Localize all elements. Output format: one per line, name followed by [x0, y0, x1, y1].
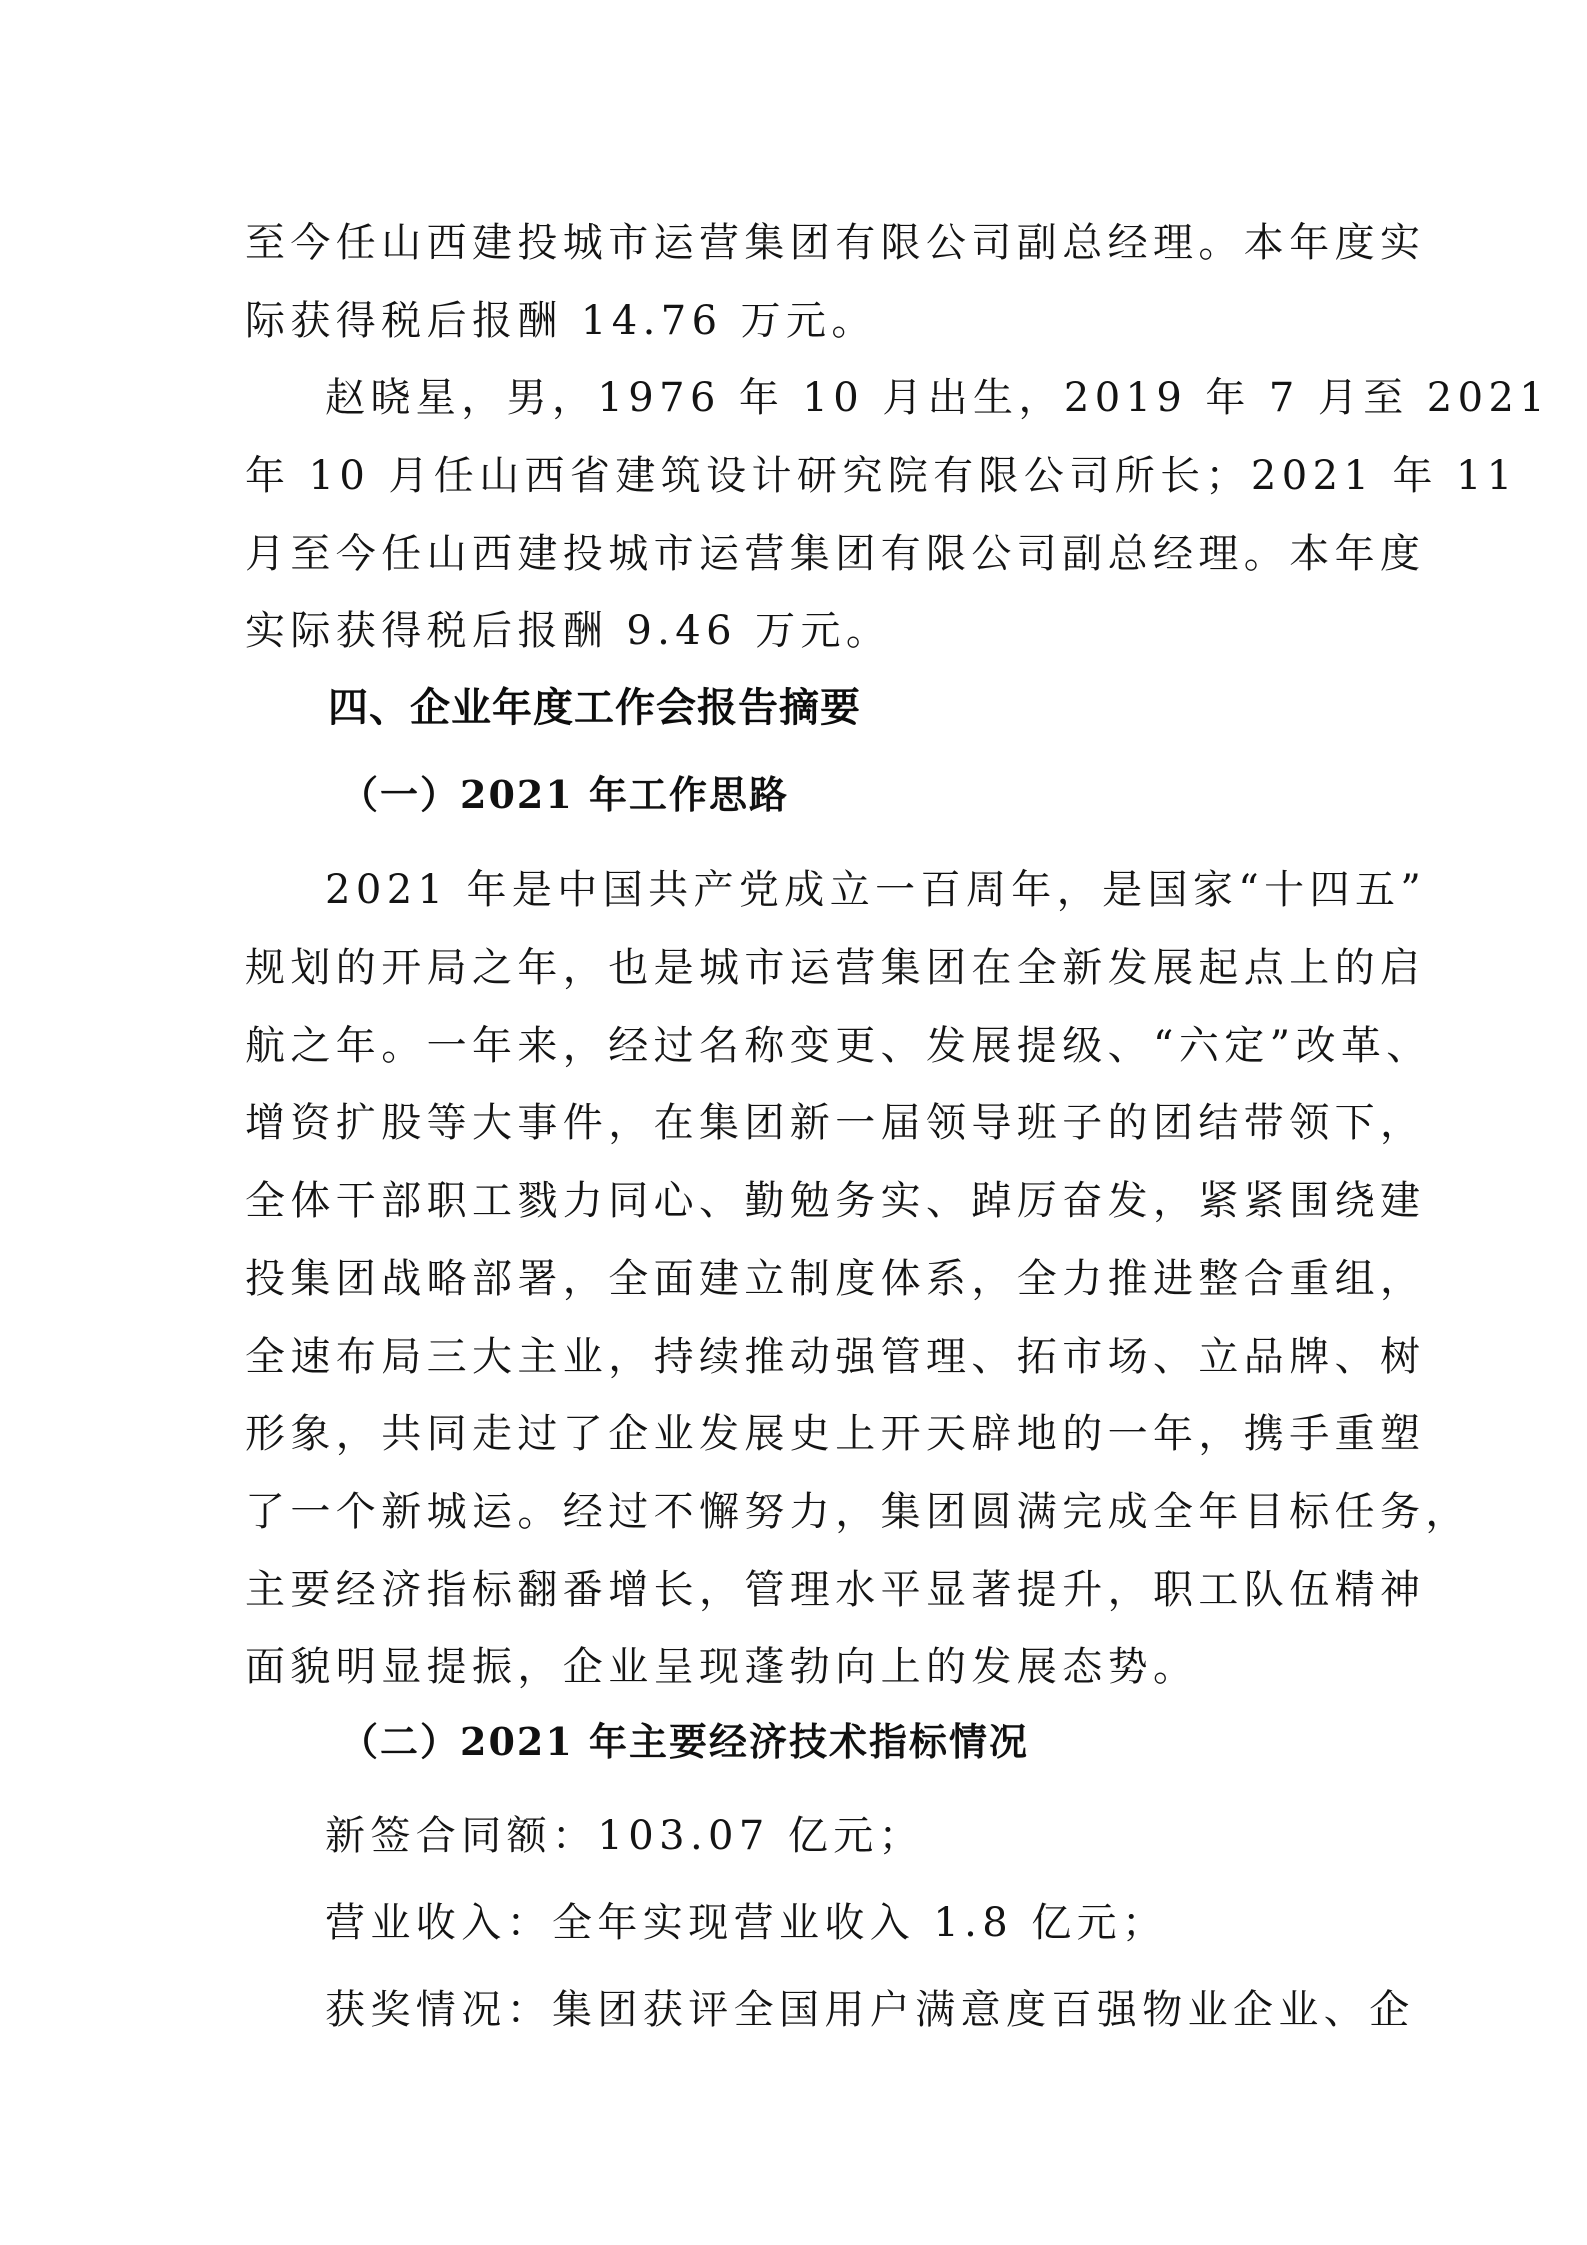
text-line: 月至今任山西建投城市运营集团有限公司副总经理。本年度	[245, 530, 1355, 578]
text-line: 增资扩股等大事件，在集团新一届领导班子的团结带领下，	[245, 1099, 1355, 1147]
subsection-heading: （二）2021 年主要经济技术指标情况	[340, 1718, 1029, 1766]
text-line: 投集团战略部署，全面建立制度体系，全力推进整合重组，	[245, 1255, 1355, 1303]
text-line: 全速布局三大主业，持续推动强管理、拓市场、立品牌、树	[245, 1333, 1355, 1381]
indicator-revenue: 营业收入：全年实现营业收入 1.8 亿元；	[325, 1899, 1355, 1947]
document-page: 至今任山西建投城市运营集团有限公司副总经理。本年度实 际获得税后报酬 14.76…	[0, 0, 1587, 2245]
text-line: 形象，共同走过了企业发展史上开天辟地的一年，携手重塑	[245, 1410, 1355, 1458]
text-line: 赵晓星，男，1976 年 10 月出生，2019 年 7 月至 2021	[325, 374, 1355, 422]
text-line: 年 10 月任山西省建筑设计研究院有限公司所长；2021 年 11	[245, 452, 1355, 500]
section-heading: 四、企业年度工作会报告摘要	[328, 684, 861, 732]
text-line: 实际获得税后报酬 9.46 万元。	[245, 607, 1355, 655]
indicator-new-contracts: 新签合同额：103.07 亿元；	[325, 1812, 1355, 1860]
text-line: 主要经济指标翻番增长，管理水平显著提升，职工队伍精神	[245, 1566, 1355, 1614]
text-line: 航之年。一年来，经过名称变更、发展提级、“六定”改革、	[245, 1022, 1355, 1070]
text-line: 了一个新城运。经过不懈努力，集团圆满完成全年目标任务，	[245, 1488, 1355, 1536]
text-line: 2021 年是中国共产党成立一百周年，是国家“十四五”	[325, 866, 1355, 914]
text-line: 至今任山西建投城市运营集团有限公司副总经理。本年度实	[245, 219, 1355, 267]
subsection-heading: （一）2021 年工作思路	[340, 771, 789, 819]
text-line: 面貌明显提振，企业呈现蓬勃向上的发展态势。	[245, 1643, 1355, 1691]
text-line: 规划的开局之年，也是城市运营集团在全新发展起点上的启	[245, 944, 1355, 992]
text-line: 全体干部职工戮力同心、勤勉务实、踔厉奋发，紧紧围绕建	[245, 1177, 1355, 1225]
indicator-awards: 获奖情况：集团获评全国用户满意度百强物业企业、企	[325, 1986, 1355, 2034]
text-line: 际获得税后报酬 14.76 万元。	[245, 297, 1355, 345]
